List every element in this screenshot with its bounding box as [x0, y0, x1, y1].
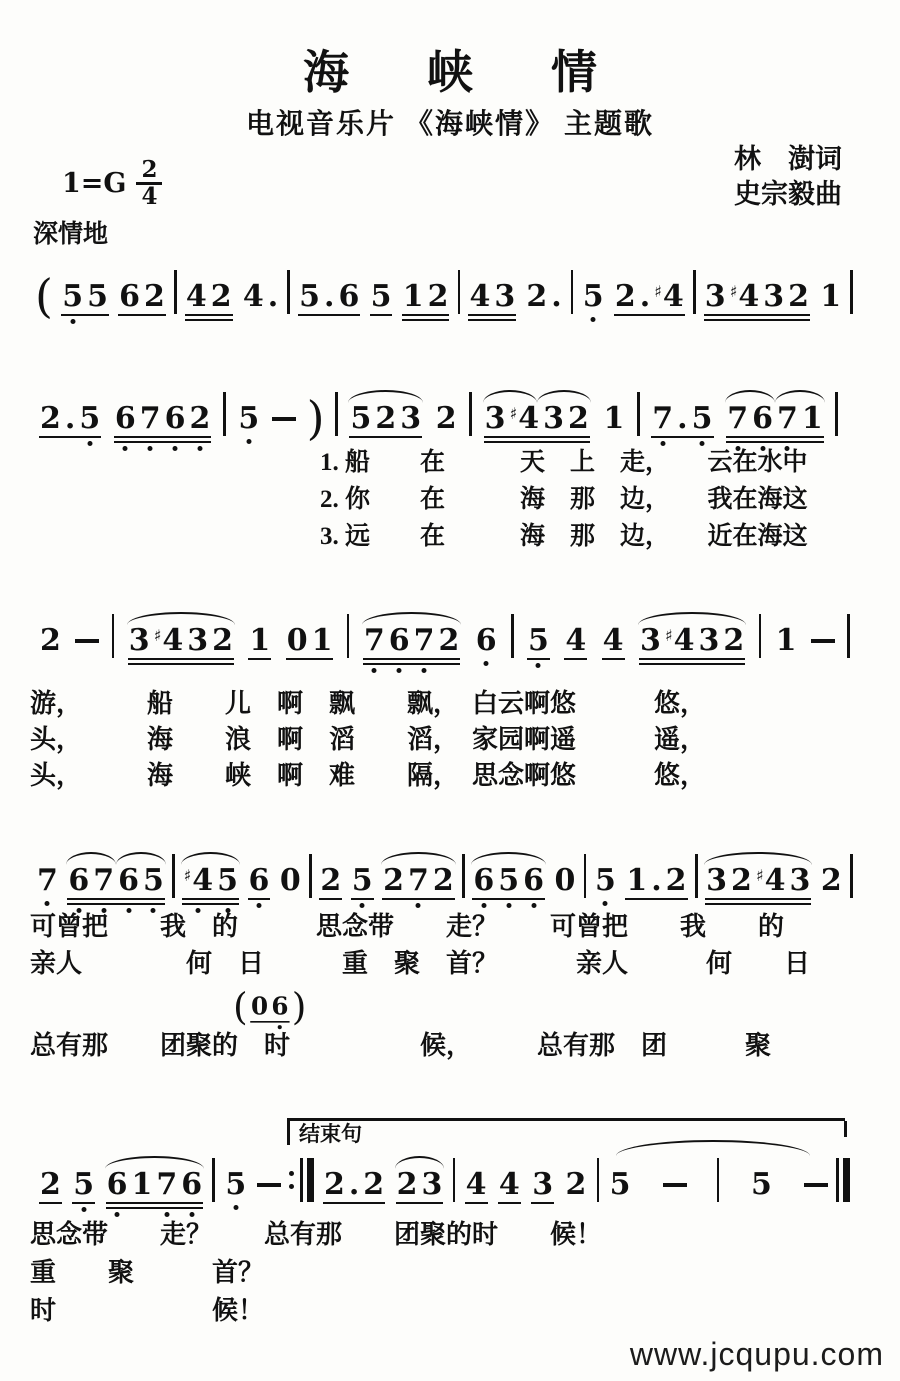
- slur: [725, 390, 775, 403]
- barline: [347, 614, 350, 658]
- note: 2: [613, 282, 638, 312]
- note: 6: [247, 866, 272, 896]
- note: 4: [467, 282, 492, 312]
- key-label: 1=G: [62, 168, 126, 199]
- beam-line: [705, 903, 811, 905]
- note: 2: [322, 1170, 347, 1200]
- note-group: 3: [530, 1170, 555, 1200]
- beam-line: [185, 319, 233, 321]
- low-octave-dot: [70, 319, 75, 324]
- lyric-line: 总有那 团聚的 时 候， 总有那 团 聚: [30, 1028, 771, 1064]
- note-group: 0: [278, 866, 303, 896]
- note-group: 7671: [725, 404, 825, 434]
- note: 2: [426, 282, 451, 312]
- note: 7: [154, 1170, 179, 1200]
- sharp-sign: ♯: [509, 404, 517, 423]
- note: 5: [581, 282, 606, 312]
- lyrics-block-3b: 总有那 团聚的 时 候， 总有那 团 聚: [30, 1028, 771, 1064]
- barline: [511, 614, 514, 658]
- note: ♯4: [663, 626, 697, 656]
- note: .: [675, 404, 689, 434]
- slur: [775, 390, 825, 403]
- note: 1: [247, 626, 272, 656]
- slur: [395, 1156, 445, 1169]
- sheet-music-page: 海峡情 电视音乐片 《海峡情》 主题歌 1=G 2 4 林 澍词 史宗毅曲 深情…: [0, 0, 900, 1381]
- note: 3: [492, 282, 517, 312]
- final-barline: [836, 1158, 850, 1202]
- note-group: 6762: [113, 404, 213, 434]
- note: 3: [419, 1170, 444, 1200]
- dash-note: [804, 1183, 828, 1188]
- note-group: 2: [38, 1170, 63, 1200]
- note-group: 32♯43: [704, 866, 812, 896]
- note: 5: [215, 866, 240, 896]
- note: 5: [236, 404, 261, 434]
- note-group: 5: [749, 1170, 774, 1200]
- music-system-2: 2.567625)52323♯43217.57671: [38, 386, 838, 434]
- note: 4: [497, 1170, 522, 1200]
- note: 2: [373, 404, 398, 434]
- note: 5: [85, 282, 110, 312]
- note: ♯4: [754, 866, 788, 896]
- slur: [638, 612, 746, 625]
- note: 5: [348, 404, 373, 434]
- note-group: 5: [581, 282, 606, 312]
- note-group: 1: [602, 404, 627, 434]
- barline: [597, 1158, 600, 1202]
- note: 1: [818, 282, 843, 312]
- barline: [469, 392, 472, 436]
- beam-line: [726, 441, 824, 443]
- note-group: 23: [395, 1170, 445, 1200]
- beam-line: [531, 1202, 554, 1204]
- note: 2: [318, 866, 343, 896]
- sharp-sign: ♯: [654, 282, 662, 301]
- note: 2: [361, 1170, 386, 1200]
- note: 3: [696, 626, 721, 656]
- low-octave-dot: [87, 441, 92, 446]
- barline: [759, 614, 762, 658]
- note: 2: [38, 1170, 63, 1200]
- note: .: [322, 282, 336, 312]
- dash-note: [257, 1183, 281, 1188]
- beam-line: [639, 658, 745, 660]
- note: 3: [761, 282, 786, 312]
- low-octave-dot: [484, 661, 489, 666]
- note-group: 5: [526, 626, 551, 656]
- low-octave-dot: [45, 901, 50, 906]
- lyric-line: 1. 船 在 天 上 走， 云在水中: [320, 444, 808, 481]
- note: 2: [729, 866, 754, 896]
- beam-line: [250, 1021, 289, 1023]
- lyric-line: 亲人 何 日 重 聚 首？ 亲人 何 日: [30, 945, 810, 982]
- beam-line: [185, 314, 233, 316]
- beam-line: [370, 314, 393, 316]
- note-group: 55: [60, 282, 110, 312]
- meter-denominator: 4: [141, 185, 157, 209]
- pickup-notes: (06): [233, 980, 323, 1019]
- note: 5: [593, 866, 618, 896]
- note: 2: [436, 626, 461, 656]
- note: 0: [278, 866, 303, 896]
- barline: [172, 854, 175, 898]
- beam-line: [363, 663, 461, 665]
- beam-line: [639, 663, 745, 665]
- low-octave-dot: [123, 446, 128, 451]
- note: 7: [775, 404, 800, 434]
- note: ♯4: [652, 282, 686, 312]
- beam-line: [363, 658, 461, 660]
- beam-line: [726, 436, 824, 438]
- dash-note: [663, 1183, 687, 1188]
- note-group: 43: [467, 282, 517, 312]
- beam-line: [396, 1202, 444, 1204]
- note: 3: [703, 282, 728, 312]
- barline: [223, 392, 226, 436]
- note: 6: [117, 282, 142, 312]
- slur: [116, 852, 166, 865]
- title-row: 海峡情: [0, 36, 900, 102]
- lyric-line: 重 聚 首？: [30, 1254, 602, 1292]
- note-group: 1: [774, 626, 799, 656]
- low-octave-dot: [148, 446, 153, 451]
- barline: [571, 270, 574, 314]
- barline: [453, 1158, 456, 1202]
- note-group: 5: [369, 282, 394, 312]
- note: 0: [553, 866, 578, 896]
- slur: [181, 852, 240, 865]
- barline: [287, 270, 290, 314]
- note: 1: [129, 1170, 154, 1200]
- slur: [105, 1156, 205, 1169]
- note: 1: [800, 404, 825, 434]
- note: 2: [434, 404, 459, 434]
- slur: [127, 612, 235, 625]
- beam-line: [382, 898, 455, 900]
- barline: [850, 854, 853, 898]
- slur: [471, 852, 546, 865]
- note: 5: [71, 1170, 96, 1200]
- note: 5: [496, 866, 521, 896]
- note: 5: [60, 282, 85, 312]
- note: ♯4: [728, 282, 762, 312]
- tied-notes: 55: [608, 1158, 828, 1200]
- note-group: 2: [563, 1170, 588, 1200]
- note: 2: [38, 404, 63, 434]
- barline: [850, 270, 853, 314]
- barline: [637, 392, 640, 436]
- note: 2: [209, 282, 234, 312]
- beam-line: [527, 658, 550, 660]
- note: 6: [337, 282, 362, 312]
- lyric-line: 游， 船 儿 啊 飘 飘， 白云啊悠 悠，: [30, 686, 706, 722]
- lyric-line: 思念带 走？ 总有那 团聚的时 候！: [30, 1216, 602, 1254]
- note: 6: [270, 995, 290, 1020]
- beam-line: [402, 319, 450, 321]
- note-group: 2.♯4: [613, 282, 686, 312]
- barline: [835, 392, 838, 436]
- low-octave-dot: [397, 668, 402, 673]
- beam-line: [349, 436, 422, 438]
- note-group: ♯45: [181, 866, 240, 896]
- note: 0: [285, 626, 310, 656]
- beam-line: [67, 898, 165, 900]
- note: 2: [721, 626, 746, 656]
- note: 2: [142, 282, 167, 312]
- music-system-1: (5562424.5.6512432.52.♯43♯4321: [35, 264, 853, 312]
- slur: [381, 852, 456, 865]
- note: .: [638, 282, 652, 312]
- note: 5: [297, 282, 322, 312]
- low-octave-dot: [197, 446, 202, 451]
- note-group: 523: [348, 404, 423, 434]
- note-group: 5: [608, 1170, 633, 1200]
- beam-line: [468, 319, 516, 321]
- note: 4: [601, 626, 626, 656]
- sharp-sign: ♯: [154, 626, 162, 645]
- beam-line: [468, 314, 516, 316]
- note: 4: [563, 626, 588, 656]
- note-group: 2: [38, 626, 63, 656]
- slur: [348, 390, 423, 403]
- note: 5: [77, 404, 102, 434]
- beam-line: [118, 314, 166, 316]
- note-group: 2: [819, 866, 844, 896]
- beam-line: [106, 1207, 204, 1209]
- barline: [462, 854, 465, 898]
- note-group: 5.6: [297, 282, 361, 312]
- beam-line: [248, 898, 271, 900]
- slur: [704, 852, 812, 865]
- note: 2: [563, 1170, 588, 1200]
- beam-line: [651, 436, 713, 438]
- sharp-sign: ♯: [730, 282, 738, 301]
- beam-line: [704, 319, 810, 321]
- note: 7: [91, 866, 116, 896]
- beam-line: [402, 314, 450, 316]
- note: 1: [774, 626, 799, 656]
- note-group: 7.5: [650, 404, 714, 434]
- note: 2: [210, 626, 235, 656]
- note: 2: [431, 866, 456, 896]
- note-group: 62: [117, 282, 167, 312]
- beam-line: [564, 658, 587, 660]
- note-group: 2.: [524, 282, 563, 312]
- barline: [309, 854, 312, 898]
- dash-note: [75, 639, 99, 644]
- note-group: 4: [563, 626, 588, 656]
- note: 3: [638, 626, 663, 656]
- note-group: 4.: [241, 282, 280, 312]
- barline: [112, 614, 115, 658]
- lyric-line: 头， 海 峡 啊 难 隔， 思念啊悠 悠，: [30, 758, 706, 794]
- note: 3: [704, 866, 729, 896]
- note-group: 5: [593, 866, 618, 896]
- sharp-sign: ♯: [756, 866, 764, 885]
- slur: [537, 390, 591, 403]
- note: 2: [664, 866, 689, 896]
- lyrics-block-4: 思念带 走？ 总有那 团聚的时 候！ 重 聚 首？ 时 候！: [30, 1216, 602, 1330]
- note: 5: [526, 626, 551, 656]
- dash-note: [272, 417, 296, 422]
- note: 2: [381, 866, 406, 896]
- note-group: 12: [401, 282, 451, 312]
- note: 2: [395, 1170, 420, 1200]
- low-octave-dot: [173, 446, 178, 451]
- beam-line: [705, 898, 811, 900]
- note: 2: [524, 282, 549, 312]
- lyrics-block-2: 游， 船 儿 啊 飘 飘， 白云啊悠 悠， 头， 海 浪 啊 滔 滔， 家园啊遥…: [30, 686, 706, 794]
- note: ♯4: [152, 626, 186, 656]
- note-group: 1.2: [624, 866, 688, 896]
- beam-line: [484, 441, 590, 443]
- time-signature: 2 4: [136, 158, 162, 209]
- lyric-line: 2. 你 在 海 那 边， 我在海这: [320, 481, 808, 518]
- slur: [362, 612, 462, 625]
- note: 4: [184, 282, 209, 312]
- note-group: 7672: [362, 626, 462, 656]
- note: 6: [387, 626, 412, 656]
- note-group: 2.5: [38, 404, 102, 434]
- beam-line: [248, 658, 271, 660]
- beam-line: [114, 441, 212, 443]
- barline: [695, 854, 698, 898]
- beam-line: [114, 436, 212, 438]
- low-octave-dot: [422, 668, 427, 673]
- lyrics-block-3: 可曾把 我 的 思念带 走？ 可曾把 我 的 亲人 何 日 重 聚 首？ 亲人 …: [30, 908, 810, 982]
- barline: [847, 614, 850, 658]
- music-system-5: 25617652.223443255: [38, 1152, 850, 1200]
- sharp-sign: ♯: [183, 866, 191, 885]
- note: 3: [530, 1170, 555, 1200]
- note: 7: [138, 404, 163, 434]
- low-octave-dot: [603, 901, 608, 906]
- note-group: 3♯432: [127, 626, 235, 656]
- note-group: 5: [236, 404, 261, 434]
- note-group: 3♯432: [483, 404, 591, 434]
- low-octave-dot: [536, 663, 541, 668]
- lyric-line: 3. 远 在 海 那 边， 近在海这: [320, 518, 808, 555]
- note: 3: [787, 866, 812, 896]
- note-group: 1: [247, 626, 272, 656]
- barline: [717, 1158, 720, 1202]
- note: 7: [406, 866, 431, 896]
- note: 7: [35, 866, 60, 896]
- note-group: 42: [184, 282, 234, 312]
- key-signature-row: 1=G 2 4: [62, 158, 162, 209]
- note: 5: [749, 1170, 774, 1200]
- note: 6: [105, 1170, 130, 1200]
- tempo-expression: 深情地: [33, 214, 108, 250]
- verse-lyrics-block: 1. 船 在 天 上 走， 云在水中 2. 你 在 海 那 边， 我在海这 3.…: [320, 444, 808, 555]
- watermark: www.jcqupu.com: [630, 1336, 884, 1373]
- note: 3: [185, 626, 210, 656]
- note: 7: [412, 626, 437, 656]
- song-title: 海峡情: [303, 36, 675, 102]
- beam-line: [498, 1202, 521, 1204]
- song-subtitle: 电视音乐片 《海峡情》 主题歌: [0, 102, 900, 142]
- note: 6: [116, 866, 141, 896]
- open-paren: (: [233, 987, 248, 1025]
- note-group: 7: [35, 866, 60, 896]
- note-group: 6: [474, 626, 499, 656]
- barline: [212, 1158, 215, 1202]
- note: 3: [541, 404, 566, 434]
- beam-line: [625, 898, 687, 900]
- lyric-line: 头， 海 浪 啊 滔 滔， 家园啊遥 遥，: [30, 722, 706, 758]
- beam-line: [704, 314, 810, 316]
- note: 2: [38, 626, 63, 656]
- note: 3: [483, 404, 508, 434]
- beam-line: [298, 314, 360, 316]
- note-group: 3♯432: [703, 282, 811, 312]
- note: 5: [223, 1170, 248, 1200]
- low-octave-dot: [81, 1207, 86, 1212]
- note-group: 5: [71, 1170, 96, 1200]
- note-group: 5: [223, 1170, 248, 1200]
- low-octave-dot: [372, 668, 377, 673]
- note-group: 6765: [66, 866, 166, 896]
- low-octave-dot: [233, 1205, 238, 1210]
- barline: [335, 392, 338, 436]
- lyric-line: 可曾把 我 的 思念带 走？ 可曾把 我 的: [30, 908, 810, 945]
- music-system-3: 23♯432101767265443♯4321: [38, 608, 850, 656]
- note-group: 656: [471, 866, 546, 896]
- note: 5: [369, 282, 394, 312]
- beam-line: [319, 898, 342, 900]
- slur: [483, 390, 537, 403]
- note: .: [649, 866, 663, 896]
- note: 7: [650, 404, 675, 434]
- close-paren: ): [292, 987, 307, 1025]
- note-group: 6176: [105, 1170, 205, 1200]
- barline: [693, 270, 696, 314]
- note-group: 1: [818, 282, 843, 312]
- slur: [66, 852, 116, 865]
- low-octave-dot: [591, 317, 596, 322]
- beam-line: [472, 898, 545, 900]
- beam-line: [39, 1202, 62, 1204]
- note-group: 5: [350, 866, 375, 896]
- note: 0: [249, 995, 269, 1020]
- note: 6: [179, 1170, 204, 1200]
- beam-line: [182, 898, 239, 900]
- note-group: 3♯432: [638, 626, 746, 656]
- beam-line: [465, 1202, 488, 1204]
- note: ♯4: [181, 866, 215, 896]
- sharp-sign: ♯: [665, 626, 673, 645]
- credits: 林 澍词 史宗毅曲: [734, 142, 842, 212]
- low-octave-dot: [246, 439, 251, 444]
- barline: [458, 270, 461, 314]
- note-group: 01: [285, 626, 335, 656]
- note: 5: [690, 404, 715, 434]
- note: 2: [188, 404, 213, 434]
- note: 4: [464, 1170, 489, 1200]
- beam-line: [128, 658, 234, 660]
- note: 6: [474, 626, 499, 656]
- note: 3: [398, 404, 423, 434]
- beam-line: [39, 436, 101, 438]
- note: 6: [471, 866, 496, 896]
- beam-line: [602, 658, 625, 660]
- note-group: 4: [497, 1170, 522, 1200]
- beam-line: [72, 1202, 95, 1204]
- beam-line: [61, 314, 109, 316]
- note: 1: [310, 626, 335, 656]
- open-paren: (: [35, 273, 53, 319]
- beam-line: [323, 1202, 385, 1204]
